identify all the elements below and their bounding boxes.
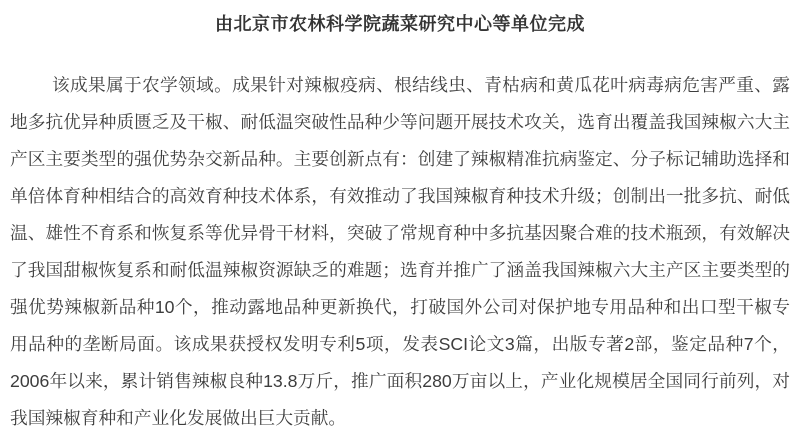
article-title: 由北京市农林科学院蔬菜研究中心等单位完成	[10, 14, 790, 34]
article: 由北京市农林科学院蔬菜研究中心等单位完成 该成果属于农学领域。成果针对辣椒疫病、…	[0, 14, 800, 437]
article-body: 该成果属于农学领域。成果针对辣椒疫病、根结线虫、青枯病和黄瓜花叶病毒病危害严重、…	[10, 67, 790, 437]
